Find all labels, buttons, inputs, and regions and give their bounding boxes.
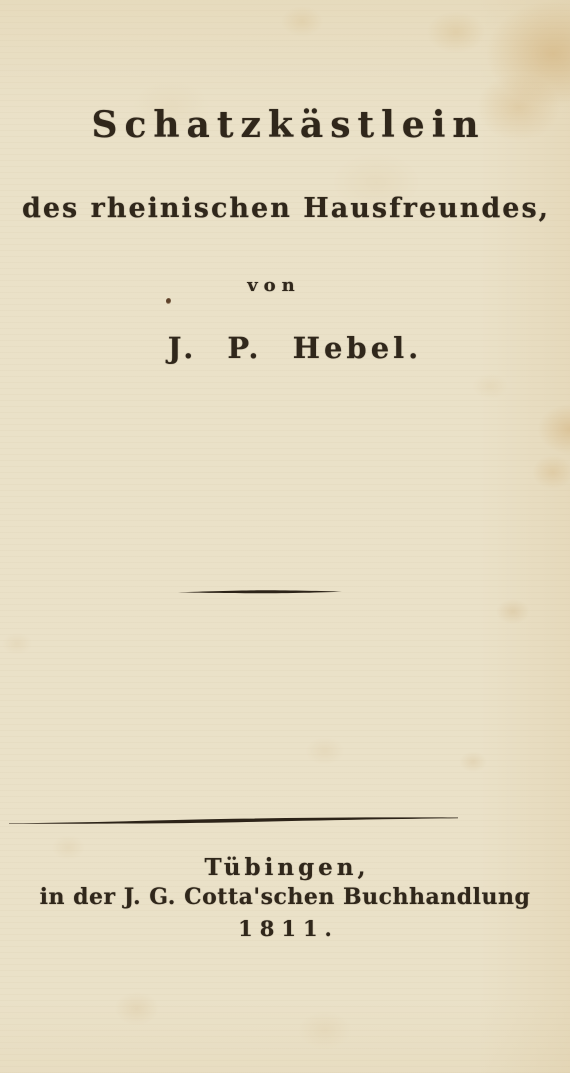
swelled-printers-rule-divider — [8, 813, 460, 827]
ink-spot — [166, 298, 171, 304]
author-name: J. P. Hebel. — [8, 331, 570, 365]
aged-paper-background — [0, 0, 570, 1073]
book-subtitle: des rheinischen Hausfreundes, — [0, 193, 570, 224]
imprint-year: 1811. — [0, 916, 570, 941]
book-title-page-scan: Schatzkästlein des rheinischen Hausfreun… — [0, 0, 570, 1073]
book-title: Schatzkästlein — [0, 104, 570, 146]
imprint-publisher: in der J. G. Cotta'schen Buchhandlung — [0, 884, 570, 910]
imprint-city: Tübingen, — [0, 854, 570, 881]
short-printers-rule-divider — [176, 588, 344, 595]
byline-von: von — [0, 275, 556, 296]
